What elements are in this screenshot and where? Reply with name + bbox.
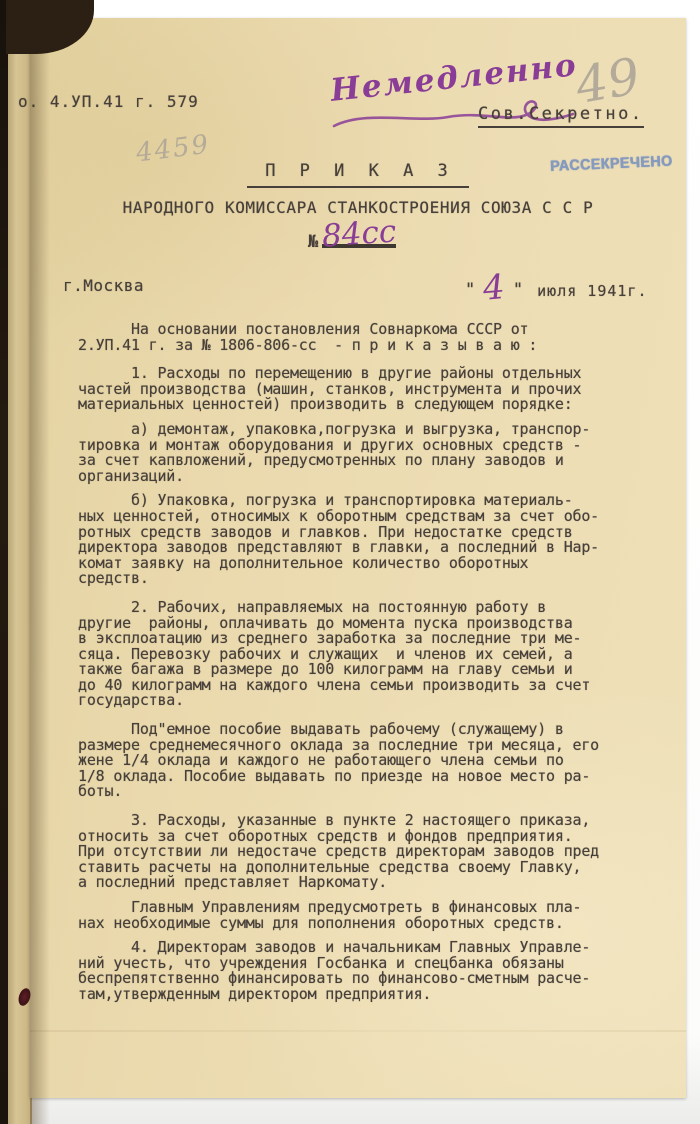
document-page: о. 4.УП.41 г. 579 Немедленно 49 Сов.Секр… [30, 18, 686, 1098]
scanner-background: о. 4.УП.41 г. 579 Немедленно 49 Сов.Секр… [0, 0, 700, 1124]
book-spine-page-edges [8, 0, 32, 1124]
secrecy-label: Сов.Секретно. [478, 104, 644, 128]
order-body: На основании постановления Совнаркома СС… [78, 322, 654, 1012]
date-close-quote: " [513, 280, 523, 300]
number-underline: 84сс [322, 222, 396, 248]
paragraph-item1: 1. Расходы по перемещению в другие район… [78, 366, 654, 413]
order-number-block: №84сс [308, 222, 396, 252]
paragraph-intro: На основании постановления Совнаркома СС… [78, 322, 654, 353]
paragraph-item2: 2. Рабочих, направляемых на постоянную р… [78, 600, 654, 709]
document-title-text: П Р И К А З [247, 161, 469, 188]
date-open-quote: " [465, 280, 475, 300]
city-label: г.Москва [63, 276, 144, 295]
date-month-year: июля 1941г. [537, 282, 647, 300]
reference-number: о. 4.УП.41 г. 579 [18, 92, 199, 111]
paragraph-allowance: Под"емное пособие выдавать рабочему (слу… [78, 722, 654, 800]
document-subtitle: НАРОДНОГО КОМИССАРА СТАНКОСТРОЕНИЯ СОЮЗА… [30, 198, 686, 217]
number-sign: № [308, 232, 318, 252]
paper-crease [30, 1030, 686, 1032]
paragraph-glavki: Главным Управлениям предусмотреть в фина… [78, 900, 654, 931]
paragraph-item3: 3. Расходы, указанные в пункте 2 настоящ… [78, 813, 654, 891]
paragraph-item4: 4. Директорам заводов и начальникам Глав… [78, 940, 654, 1002]
handwritten-date-day: 4 [482, 267, 507, 309]
handwritten-order-number: 84сс [321, 213, 398, 254]
paragraph-item1b: б) Упаковка, погрузка и транспортировка … [78, 493, 654, 587]
date-line: "4"июля 1941г. [465, 270, 647, 310]
paragraph-item1a: а) демонтаж, упаковка,погрузка и выгрузк… [78, 422, 654, 484]
